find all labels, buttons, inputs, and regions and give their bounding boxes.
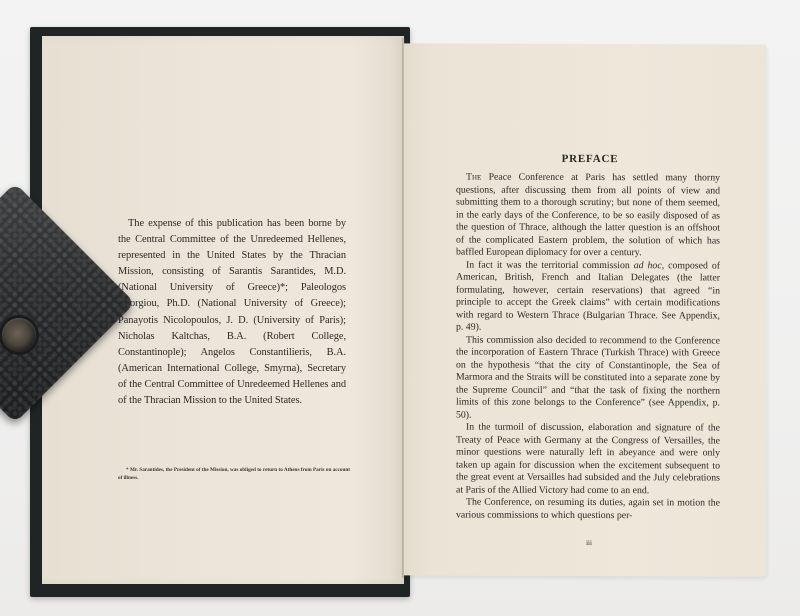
preface-paragraph-1: The Peace Conference at Paris has settle…: [456, 172, 720, 260]
preface-paragraph-3: This commission also decided to recommen…: [456, 334, 720, 422]
italic-phrase: ad hoc: [634, 260, 662, 271]
paragraph-text: In fact it was the territorial commissio…: [466, 259, 634, 271]
paragraph-text: Peace Conference at Paris has settled ma…: [456, 172, 720, 259]
preface-title: PREFACE: [404, 152, 766, 165]
photo-scene: The expense of this publication has been…: [0, 0, 800, 616]
screw-icon: [2, 318, 36, 352]
preface-paragraph-5: The Conference, on resuming its duties, …: [456, 497, 720, 523]
preface-paragraph-4: In the turmoil of discussion, elaboratio…: [456, 422, 720, 498]
publication-credit-paragraph: The expense of this publication has been…: [118, 216, 346, 409]
right-page: PREFACE The Peace Conference at Paris ha…: [404, 43, 766, 576]
preface-paragraph-2: In fact it was the territorial commissio…: [456, 259, 720, 335]
page-number: iii: [404, 538, 766, 547]
drop-lead-word: The: [466, 172, 481, 183]
footnote: * Mr. Sarantides, the President of the M…: [118, 466, 350, 482]
preface-body: The Peace Conference at Paris has settle…: [456, 172, 720, 523]
